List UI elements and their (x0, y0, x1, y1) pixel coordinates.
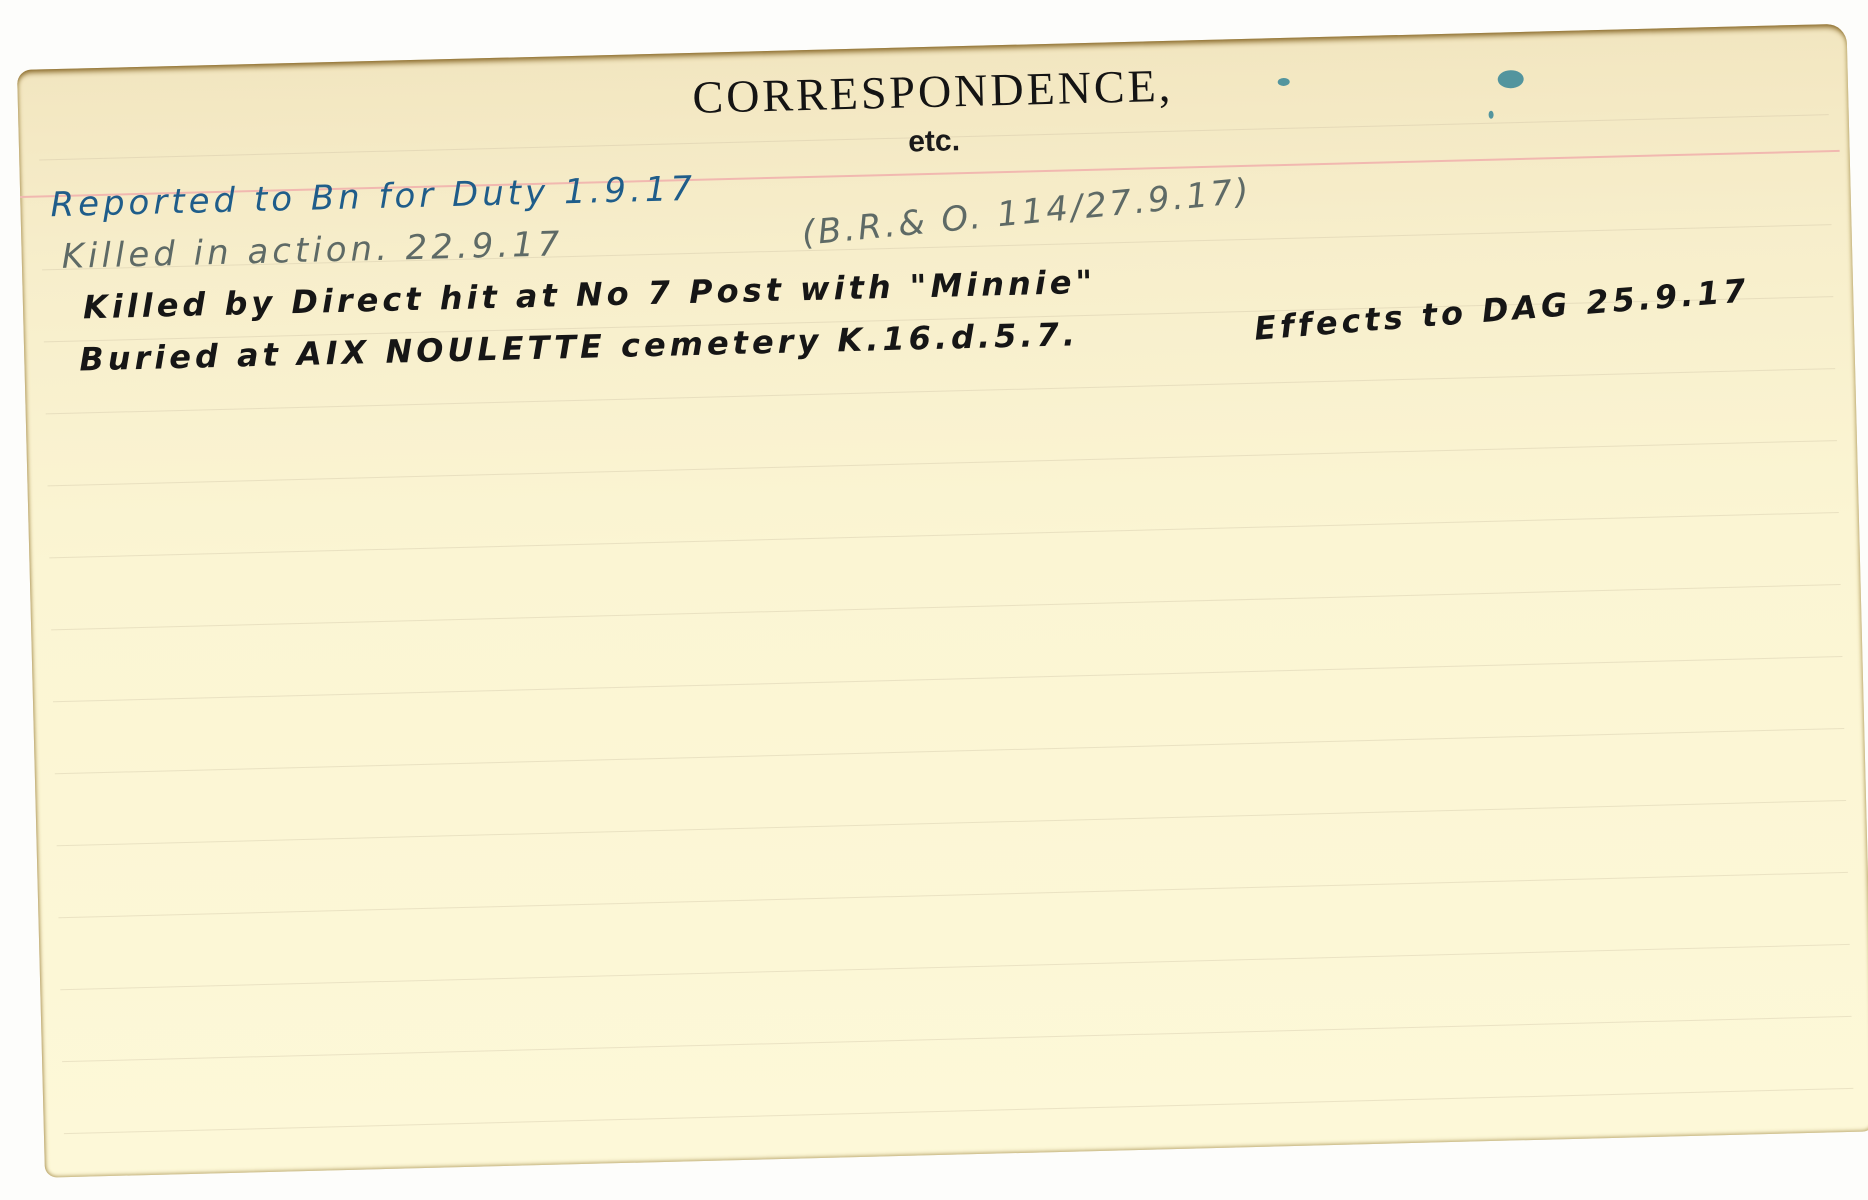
ruled-line (64, 1088, 1853, 1134)
ruled-line (46, 368, 1835, 414)
ruled-line (51, 584, 1840, 630)
ruled-line (48, 440, 1837, 486)
entry-killed-in-action: Killed in action. 22.9.17 (61, 224, 564, 277)
ruled-line (57, 800, 1846, 846)
ink-blot (1489, 111, 1494, 119)
ruled-line (58, 872, 1847, 918)
ruled-line (60, 944, 1849, 990)
ruled-line (53, 656, 1842, 702)
ruled-line (55, 728, 1844, 774)
record-card: CORRESPONDENCE, etc. Reported to Bn for … (17, 24, 1868, 1178)
entry-effects: Effects to DAG 25.9.17 (1253, 271, 1751, 347)
ruled-line (62, 1016, 1851, 1062)
ruled-line (49, 512, 1838, 558)
entry-burial-place: Buried at AIX NOULETTE cemetery K.16.d.5… (79, 315, 1079, 378)
